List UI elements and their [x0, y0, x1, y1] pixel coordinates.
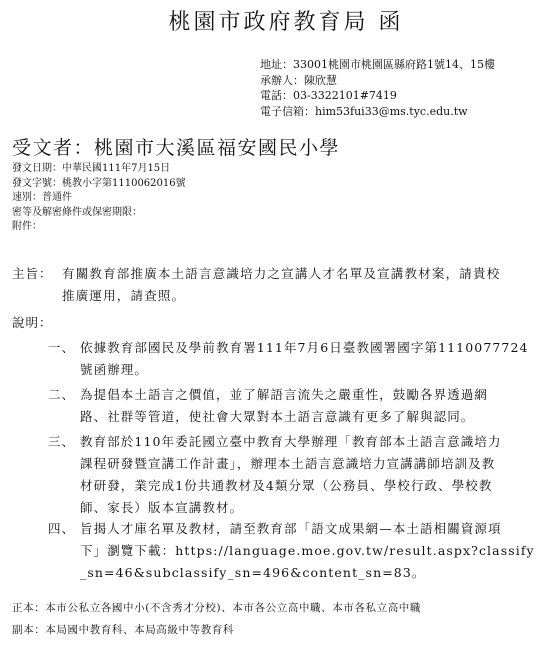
distribution-list: 正本：本市公私立各國中小(不含秀才分校)、本市各公立高中職、本市各私立高中職 副… [12, 597, 421, 641]
item-line: 依據教育部國民及學前教育署111年7月6日臺教國署國字第1110077724 [80, 337, 529, 359]
item-text: 教育部於110年委託國立臺中教育大學辦理「教育部本土語言意識培力 課程研發暨宣講… [80, 431, 502, 519]
attachment: 附件： [12, 220, 186, 235]
contact-address: 地址：33001桃園市桃園區縣府路1號14、15樓 [260, 57, 495, 73]
item-line: 下」瀏覽下載：https://language.moe.gov.tw/resul… [80, 540, 535, 562]
subject-label: 主旨： [12, 263, 53, 285]
contact-email: 電子信箱：him53fui33@ms.tyc.edu.tw [260, 104, 495, 120]
item-line: _sn=46&subclassify_sn=496&content_sn=83。 [80, 562, 535, 584]
document-meta: 發文日期：中華民國111年7月15日 發文字號：桃教小字第1110062016號… [12, 162, 186, 235]
original-recipients: 正本：本市公私立各國中小(不含秀才分校)、本市各公立高中職、本市各私立高中職 [12, 597, 421, 619]
item-line: 課程研發暨宣講工作計畫」，辦理本土語言意識培力宣講講師培訓及教 [80, 453, 502, 475]
item-line: 教育部於110年委託國立臺中教育大學辦理「教育部本土語言意識培力 [80, 431, 502, 453]
item-line: 師、家長）版本宣講教材。 [80, 497, 502, 519]
secrecy-level: 密等及解密條件或保密期限： [12, 206, 186, 221]
contact-handler: 承辦人：陳欣慧 [260, 73, 495, 89]
contact-block: 地址：33001桃園市桃園區縣府路1號14、15樓 承辦人：陳欣慧 電話：03-… [260, 57, 495, 119]
subject-line: 有關教育部推廣本土語言意識培力之宣講人才名單及宣講教材案，請貴校 [62, 263, 500, 285]
item-text: 為提倡本土語言之價值，並了解語言流失之嚴重性，鼓勵各界透過網 路、社群等管道，使… [80, 384, 488, 428]
item-line: 材研發，業完成1份共通教材及4類分眾（公務員、學校行政、學校教 [80, 475, 502, 497]
item-marker: 四、 [48, 518, 75, 540]
item-text: 旨揭人才庫名單及教材，請至教育部「語文成果網—本土語相關資源項 下」瀏覽下載：h… [80, 518, 535, 584]
issue-date: 發文日期：中華民國111年7月15日 [12, 162, 186, 177]
item-marker: 一、 [48, 337, 75, 359]
copy-recipients: 副本：本局國中教育科、本局高級中等教育科 [12, 619, 421, 641]
item-marker: 二、 [48, 384, 75, 406]
document-number: 發文字號：桃教小字第1110062016號 [12, 177, 186, 192]
item-line: 為提倡本土語言之價值，並了解語言流失之嚴重性，鼓勵各界透過網 [80, 384, 488, 406]
explanation-label: 說明： [12, 312, 53, 334]
item-line: 路、社群等管道，使社會大眾對本土語言意識有更多了解與認同。 [80, 406, 488, 428]
contact-phone: 電話：03-3322101#7419 [260, 88, 495, 104]
subject-line: 推廣運用，請查照。 [62, 285, 500, 307]
document-title: 桃園市政府教育局 函 [0, 9, 550, 37]
subject-text: 有關教育部推廣本土語言意識培力之宣講人才名單及宣講教材案，請貴校 推廣運用，請查… [62, 263, 500, 307]
item-text: 依據教育部國民及學前教育署111年7月6日臺教國署國字第1110077724 號… [80, 337, 529, 381]
item-line: 旨揭人才庫名單及教材，請至教育部「語文成果網—本土語相關資源項 [80, 518, 535, 540]
recipient: 受文者：桃園市大溪區福安國民小學 [12, 136, 340, 160]
item-line: 號函辦理。 [80, 359, 529, 381]
delivery-speed: 速別：普通件 [12, 191, 186, 206]
item-marker: 三、 [48, 431, 75, 453]
